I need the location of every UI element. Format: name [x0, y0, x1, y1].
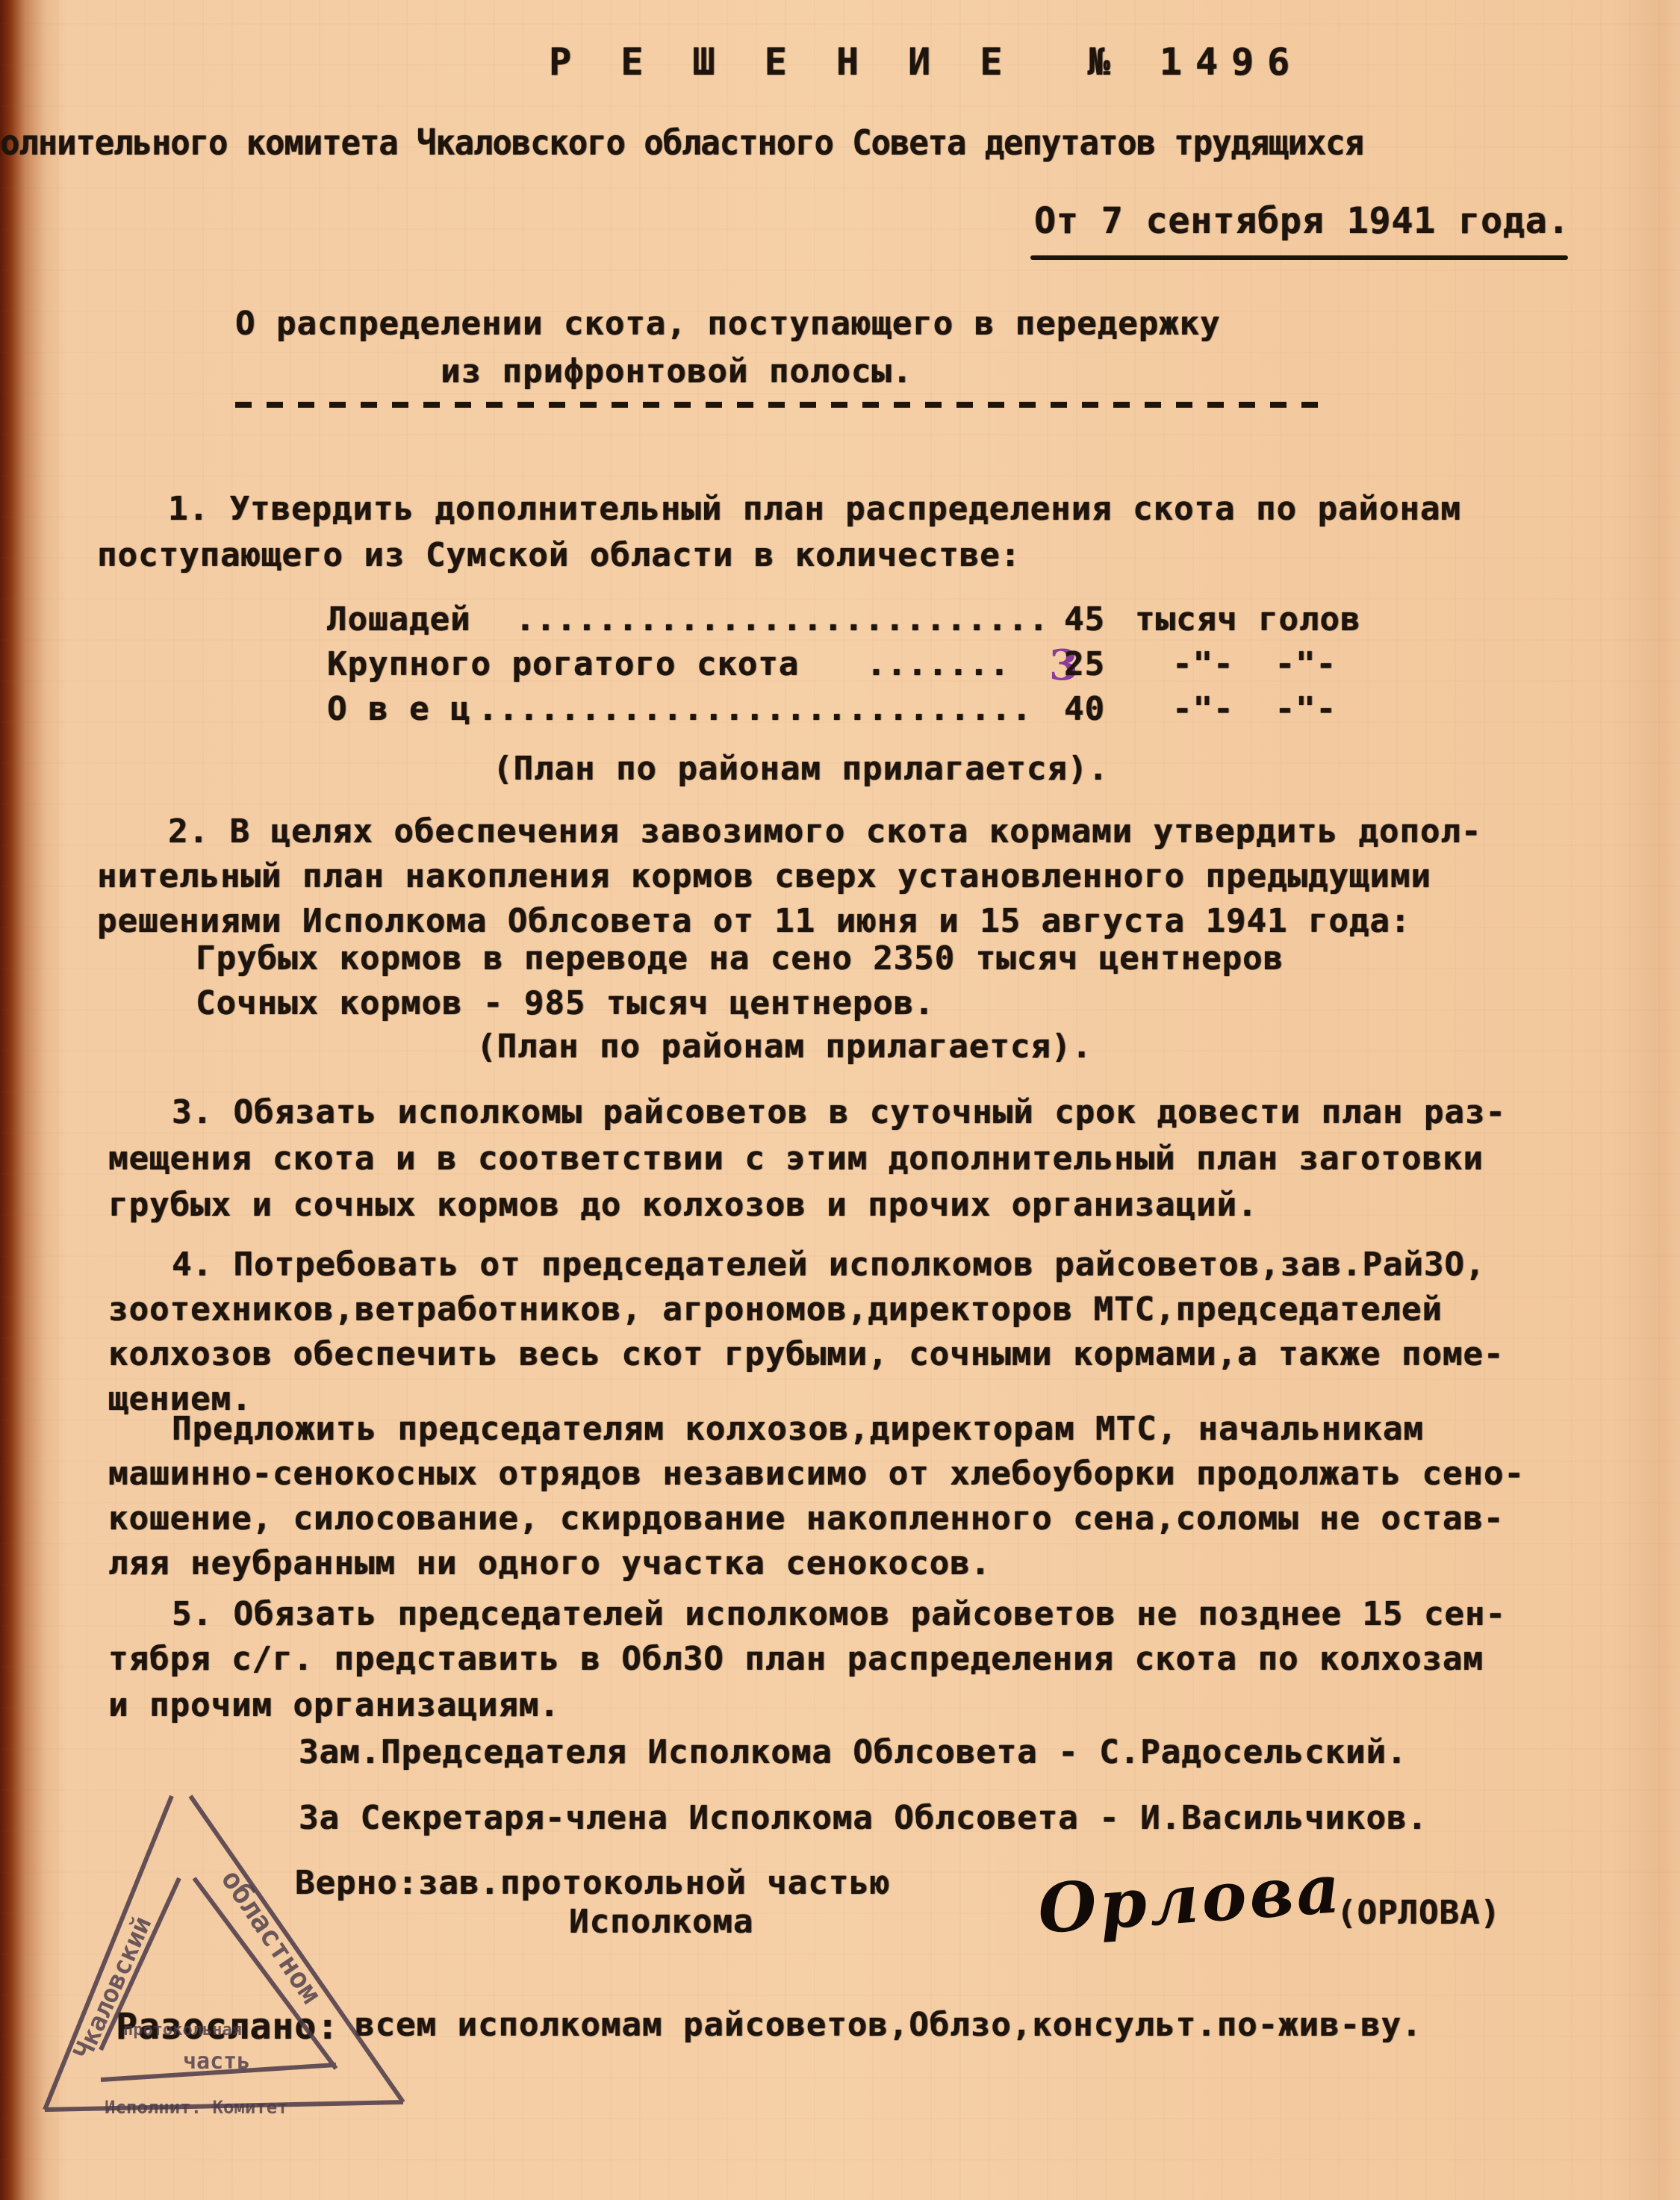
p2-line-2: нительный план накопления кормов сверх у…: [97, 860, 1431, 893]
stamp-text-right: областном: [215, 1863, 329, 2009]
triangular-stamp: Чкаловский областном протокольная часть …: [30, 1781, 418, 2125]
livestock-qty: 40: [1064, 693, 1105, 726]
p1-line-1: 1. Утвердить дополнительный план распред…: [168, 493, 1461, 526]
p3-line-1: 3. Обязать исполкомы райсоветов в суточн…: [172, 1096, 1506, 1129]
p4b-line-3: кошение, силосование, скирдование накопл…: [108, 1503, 1504, 1535]
p5-line-3: и прочим организациям.: [108, 1689, 560, 1722]
date-underline: [1030, 255, 1568, 260]
livestock-qty: 45: [1064, 603, 1105, 636]
livestock-leader: ..........................: [515, 603, 1049, 636]
document-title: Р Е Ш Е Н И Е № 1496: [549, 43, 1303, 81]
subject-line-2: из прифронтовой полосы.: [441, 355, 912, 388]
p2-line-1: 2. В целях обеспечения завозимого скота …: [168, 815, 1481, 848]
signature-secretary: За Секретаря-члена Исполкома Облсовета -…: [299, 1802, 1428, 1835]
stamp-text-inner-1: протокольная: [123, 2021, 242, 2039]
livestock-leader: ...........................: [478, 693, 1032, 726]
stamp-text-bottom: Исполнит. Комитет: [105, 2097, 288, 2118]
p2-line-3: решениями Исполкома Облсовета от 11 июня…: [97, 905, 1410, 938]
document-date: От 7 сентября 1941 года.: [1034, 203, 1570, 239]
livestock-unit: тысяч голов: [1135, 603, 1360, 636]
p4-line-3: колхозов обеспечить весь скот грубыми, с…: [108, 1338, 1504, 1371]
certifier-name: (ОРЛОВА): [1337, 1897, 1501, 1930]
subject-divider: [235, 402, 1318, 408]
distribution-text: всем исполкомам райсоветов,Облзо,консуль…: [355, 2009, 1422, 2042]
p2-item-2: Сочных кормов - 985 тысяч центнеров.: [196, 987, 935, 1020]
livestock-name: О в е ц: [327, 693, 470, 726]
stamp-text-inner-2: часть: [183, 2048, 250, 2075]
p5-line-2: тября с/г. представить в ОблЗО план расп…: [108, 1643, 1484, 1676]
livestock-qty: 25: [1064, 648, 1105, 681]
p4b-line-1: Предложить председателям колхозов,директ…: [172, 1413, 1424, 1446]
p4-line-1: 4. Потребовать от председателей исполком…: [172, 1249, 1485, 1281]
p5-line-1: 5. Обязать председателей исполкомов райс…: [172, 1598, 1506, 1631]
p4-line-2: зоотехников,ветработников, агрономов,дир…: [108, 1293, 1443, 1326]
p2-item-1: Грубых кормов в переводе на сено 2350 ты…: [196, 942, 1284, 975]
p4b-line-4: ляя неубранным ни одного участка сенокос…: [108, 1547, 991, 1580]
certified-line-2: Исполкома: [569, 1906, 753, 1939]
p1-line-2: поступающего из Сумской области в количе…: [97, 539, 1021, 572]
subject-line-1: О распределении скота, поступающего в пе…: [235, 308, 1221, 341]
livestock-unit: -"- -"-: [1172, 648, 1337, 681]
livestock-name: Лошадей: [327, 603, 470, 636]
livestock-leader: .......: [866, 648, 1009, 681]
p1-note: (План по районам прилагается).: [493, 753, 1109, 786]
signature-deputy-chair: Зам.Председателя Исполкома Облсовета - С…: [299, 1736, 1407, 1769]
p3-line-3: грубых и сочных кормов до колхозов и про…: [108, 1189, 1257, 1222]
livestock-unit: -"- -"-: [1172, 693, 1337, 726]
p3-line-2: мещения скота и в соответствии с этим до…: [108, 1143, 1484, 1175]
livestock-name: Крупного рогатого скота: [327, 648, 799, 681]
p2-note: (План по районам прилагается).: [476, 1031, 1092, 1063]
p4b-line-2: машинно-сенокосных отрядов независимо от…: [108, 1458, 1525, 1491]
issuer-line: олнительного комитета Чкаловского област…: [0, 125, 1363, 160]
